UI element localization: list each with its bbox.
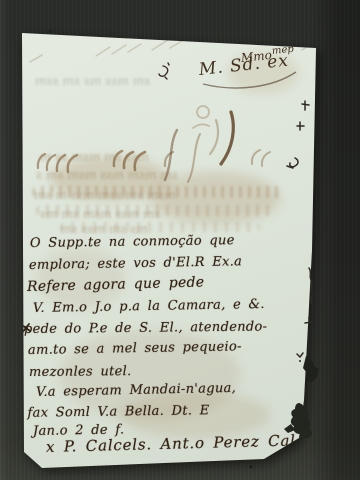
manuscript-scan: sm mss ms sm ssm mss sm msm ss m sm msm … (0, 0, 360, 480)
ink-blot (303, 356, 319, 383)
ink-blot (291, 403, 312, 438)
edge-ink-marks (0, 0, 360, 480)
background-speck (250, 466, 253, 469)
paper-edge-speck (49, 30, 52, 33)
